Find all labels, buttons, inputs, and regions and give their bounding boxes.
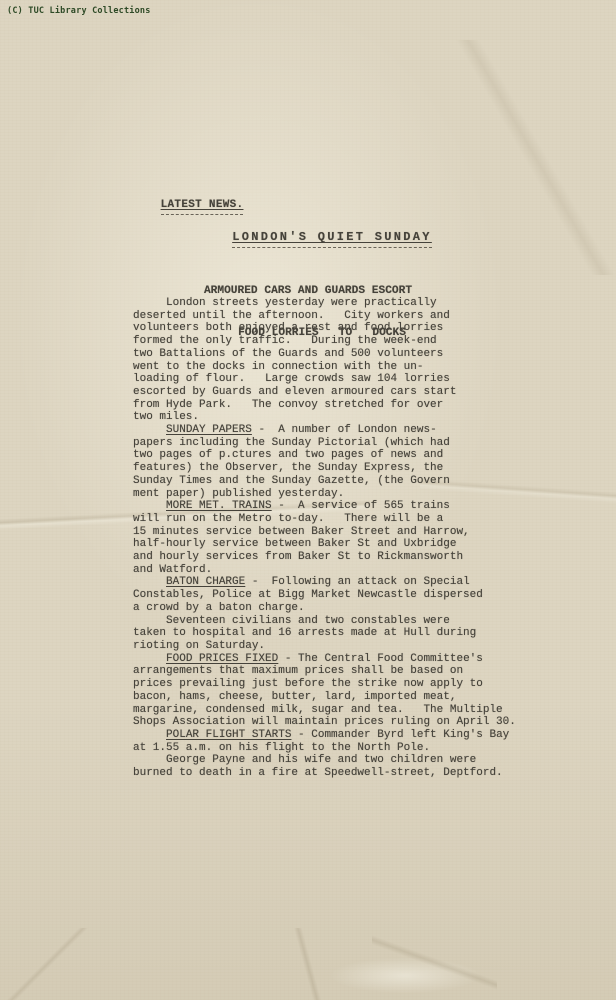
headline-subtitle-line1: ARMOURED CARS AND GUARDS ESCORT bbox=[0, 284, 616, 298]
masthead-label: LATEST NEWS. bbox=[161, 199, 244, 215]
paragraph-indent bbox=[133, 424, 166, 436]
paragraph-text: George Payne and his wife and two childr… bbox=[133, 754, 503, 779]
paragraph-london-streets: London streets yesterday were practicall… bbox=[133, 297, 533, 424]
scanned-document-page: (C) TUC Library Collections LATEST NEWS.… bbox=[0, 0, 616, 1000]
headline: LONDON'S QUIET SUNDAY bbox=[0, 227, 616, 248]
paragraph-indent bbox=[133, 729, 166, 741]
paragraph-indent bbox=[133, 754, 166, 766]
paragraph-subhead: POLAR FLIGHT STARTS bbox=[166, 729, 291, 741]
paragraph-more-met-trains: MORE MET. TRAINS - A service of 565 trai… bbox=[133, 500, 533, 576]
paragraph-casualties: Seventeen civilians and two constables w… bbox=[133, 615, 533, 653]
paragraph-subhead: BATON CHARGE bbox=[166, 576, 245, 588]
paragraph-baton-charge: BATON CHARGE - Following an attack on Sp… bbox=[133, 576, 533, 614]
paragraph-polar-flight: POLAR FLIGHT STARTS - Commander Byrd lef… bbox=[133, 729, 533, 754]
paragraph-subhead: MORE MET. TRAINS bbox=[166, 500, 272, 512]
paragraph-indent bbox=[133, 500, 166, 512]
paragraph-indent bbox=[133, 615, 166, 627]
paragraph-food-prices-fixed: FOOD PRICES FIXED - The Central Food Com… bbox=[133, 653, 533, 729]
paragraph-text: London streets yesterday were practicall… bbox=[133, 297, 456, 423]
paragraph-indent bbox=[133, 653, 166, 665]
paragraph-indent bbox=[133, 576, 166, 588]
paragraph-fire-deptford: George Payne and his wife and two childr… bbox=[133, 754, 533, 779]
masthead: LATEST NEWS. bbox=[133, 187, 243, 227]
paragraph-sunday-papers: SUNDAY PAPERS - A number of London news-… bbox=[133, 424, 533, 500]
paragraph-text: Seventeen civilians and two constables w… bbox=[133, 615, 476, 652]
library-watermark: (C) TUC Library Collections bbox=[7, 6, 151, 16]
paragraph-indent bbox=[133, 297, 166, 309]
headline-title: LONDON'S QUIET SUNDAY bbox=[232, 230, 432, 248]
paragraph-subhead: SUNDAY PAPERS bbox=[166, 424, 252, 436]
paragraph-subhead: FOOD PRICES FIXED bbox=[166, 653, 278, 665]
article-body: London streets yesterday were practicall… bbox=[133, 297, 533, 780]
